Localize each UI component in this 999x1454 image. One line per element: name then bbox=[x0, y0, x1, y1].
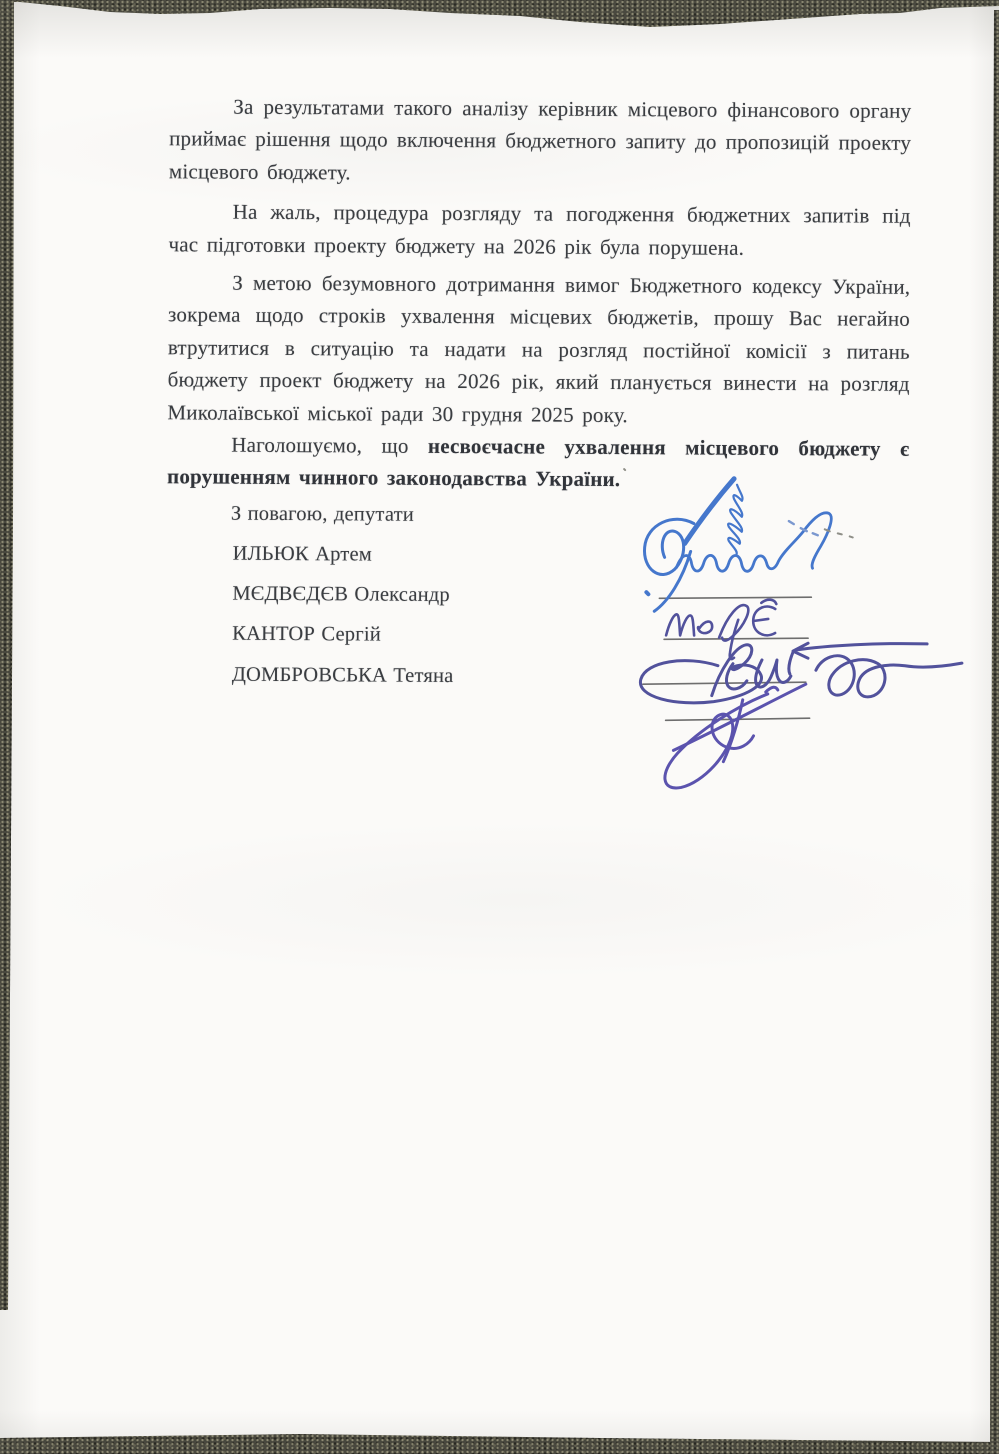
scanned-letter-photo: За результатами такого аналізу керівник … bbox=[0, 0, 999, 1454]
closing-line: З повагою, депутати bbox=[167, 493, 909, 538]
signatory-name: МЄДВЄДЄВ Олександр bbox=[232, 574, 908, 618]
body-paragraph-emphasis: Наголошуємо, що несвоєчасне ухвалення мі… bbox=[167, 428, 909, 497]
signatory-name: ИЛЬЮК Артем bbox=[232, 534, 908, 578]
letter-body: За результатами такого аналізу керівник … bbox=[166, 90, 912, 699]
signatory-name: ДОМБРОВСЬКА Тетяна bbox=[232, 654, 908, 698]
body-paragraph: За результатами такого аналізу керівник … bbox=[169, 90, 912, 192]
signature-ink-4 bbox=[665, 683, 806, 788]
body-paragraph: На жаль, процедура розгляду та погодженн… bbox=[168, 196, 910, 265]
signatory-name: КАНТОР Сергій bbox=[232, 614, 908, 658]
signatory-list: ИЛЬЮК Артем МЄДВЄДЄВ Олександр КАНТОР Се… bbox=[232, 534, 909, 699]
body-paragraph: З метою безумовного дотримання вимог Бюд… bbox=[167, 266, 910, 433]
letter-page: За результатами такого аналізу керівник … bbox=[0, 0, 999, 1454]
emphasis-lead-text: Наголошуємо, що bbox=[231, 433, 428, 458]
